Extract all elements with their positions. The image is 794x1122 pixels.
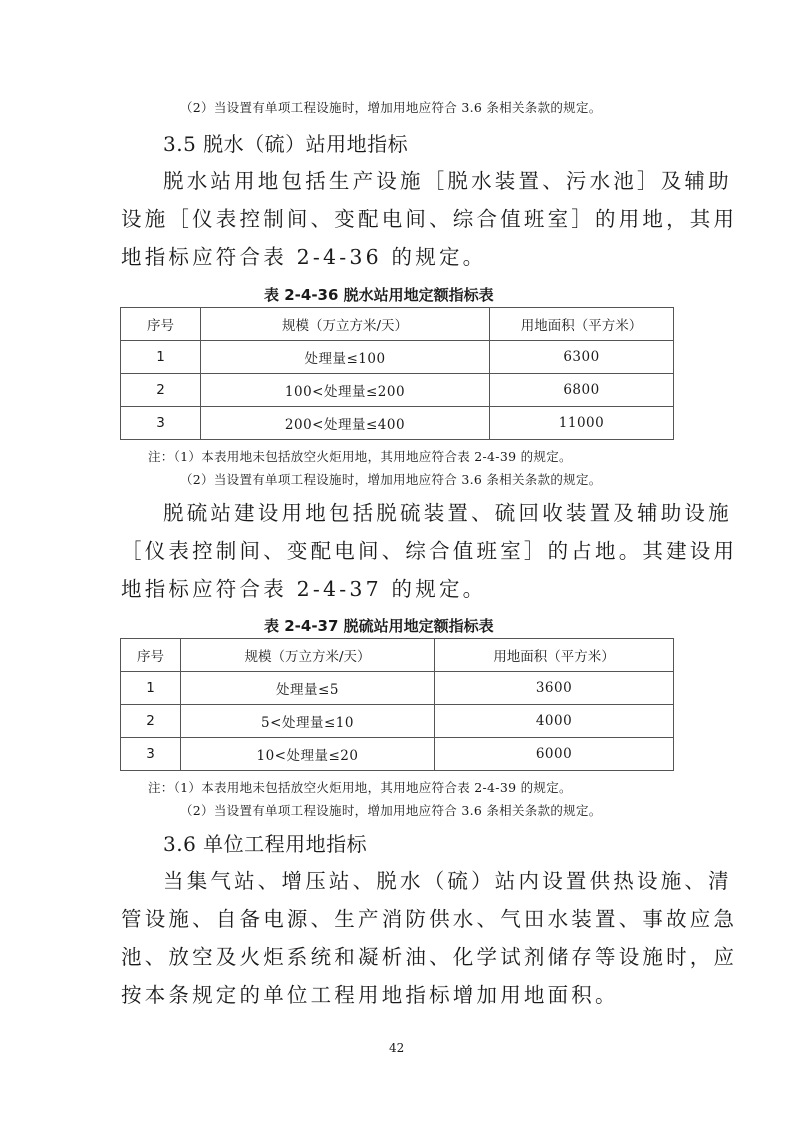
paragraph-line: 脱硫站建设用地包括脱硫装置、硫回收装置及辅助设施 (163, 494, 732, 532)
section-3-6-heading: 3.6 单位工程用地指标 (163, 828, 367, 857)
table-row: 3 200<处理量≤400 11000 (121, 407, 674, 440)
paragraph-line: ［仪表控制间、变配电间、综合值班室］的占地。其建设用 (121, 532, 737, 570)
cell-area: 6000 (435, 738, 674, 771)
cell-area: 3600 (435, 672, 674, 705)
table2-note-1: 注：（1）本表用地未包括放空火炬用地，其用地应符合表 2-4-39 的规定。 (148, 778, 572, 796)
header-scale: 规模（万立方米/天） (201, 308, 490, 341)
cell-index: 2 (121, 705, 181, 738)
table-row: 1 处理量≤100 6300 (121, 341, 674, 374)
header-scale: 规模（万立方米/天） (181, 639, 435, 672)
table-row: 1 处理量≤5 3600 (121, 672, 674, 705)
paragraph-line: 按本条规定的单位工程用地指标增加用地面积。 (121, 976, 619, 1014)
table-header-row: 序号 规模（万立方米/天） 用地面积（平方米） (121, 308, 674, 341)
header-area: 用地面积（平方米） (490, 308, 674, 341)
page-number: 42 (389, 1041, 404, 1055)
paragraph-line: 管设施、自备电源、生产消防供水、气田水装置、事故应急 (121, 900, 737, 938)
cell-area: 6300 (490, 341, 674, 374)
paragraph-line: 地指标应符合表 2-4-36 的规定。 (121, 238, 486, 276)
table-row: 3 10<处理量≤20 6000 (121, 738, 674, 771)
cell-scale: 200<处理量≤400 (201, 407, 490, 440)
cell-scale: 10<处理量≤20 (181, 738, 435, 771)
table-header-row: 序号 规模（万立方米/天） 用地面积（平方米） (121, 639, 674, 672)
header-index: 序号 (121, 639, 181, 672)
table2-note-2: （2）当设置有单项工程设施时，增加用地应符合 3.6 条相关条款的规定。 (180, 801, 602, 819)
cell-area: 6800 (490, 374, 674, 407)
paragraph-line: 当集气站、增压站、脱水（硫）站内设置供热设施、清 (163, 862, 732, 900)
paragraph-line: 池、放空及火炬系统和凝析油、化学试剂储存等设施时，应 (121, 938, 737, 976)
table1-note-2: （2）当设置有单项工程设施时，增加用地应符合 3.6 条相关条款的规定。 (180, 470, 602, 488)
cell-index: 3 (121, 738, 181, 771)
cell-index: 2 (121, 374, 201, 407)
section-3-5-heading: 3.5 脱水（硫）站用地指标 (163, 128, 408, 157)
cell-scale: 100<处理量≤200 (201, 374, 490, 407)
cell-scale: 5<处理量≤10 (181, 705, 435, 738)
table-2-4-36-caption: 表 2-4-36 脱水站用地定额指标表 (264, 284, 494, 305)
cell-index: 1 (121, 672, 181, 705)
cell-area: 11000 (490, 407, 674, 440)
top-note: （2）当设置有单项工程设施时，增加用地应符合 3.6 条相关条款的规定。 (180, 98, 602, 116)
cell-area: 4000 (435, 705, 674, 738)
paragraph-line: 脱水站用地包括生产设施［脱水装置、污水池］及辅助 (163, 162, 732, 200)
table-row: 2 5<处理量≤10 4000 (121, 705, 674, 738)
table1-note-1: 注：（1）本表用地未包括放空火炬用地，其用地应符合表 2-4-39 的规定。 (148, 447, 572, 465)
header-area: 用地面积（平方米） (435, 639, 674, 672)
cell-scale: 处理量≤5 (181, 672, 435, 705)
paragraph-line: 地指标应符合表 2-4-37 的规定。 (121, 570, 486, 608)
paragraph-line: 设施［仪表控制间、变配电间、综合值班室］的用地，其用 (121, 200, 737, 238)
dehydration-land-table: 序号 规模（万立方米/天） 用地面积（平方米） 1 处理量≤100 6300 2… (120, 307, 674, 440)
table-2-4-37-caption: 表 2-4-37 脱硫站用地定额指标表 (264, 615, 494, 636)
desulfurization-land-table: 序号 规模（万立方米/天） 用地面积（平方米） 1 处理量≤5 3600 2 5… (120, 638, 674, 771)
cell-index: 1 (121, 341, 201, 374)
table-row: 2 100<处理量≤200 6800 (121, 374, 674, 407)
header-index: 序号 (121, 308, 201, 341)
cell-scale: 处理量≤100 (201, 341, 490, 374)
cell-index: 3 (121, 407, 201, 440)
